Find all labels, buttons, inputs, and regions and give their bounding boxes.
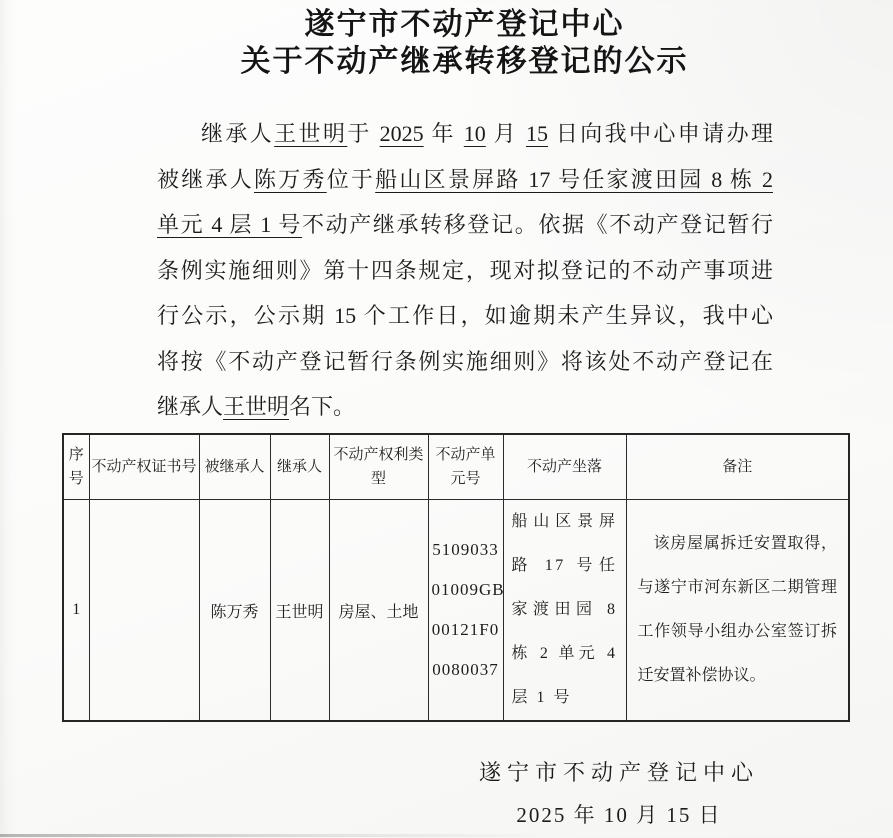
signature-date: 2025 年 10 月 15 日 [468, 799, 770, 831]
text-segment: 名下。 [289, 394, 355, 419]
underlined-heir-name: 王世明 [223, 394, 289, 419]
table-row: 1 陈万秀 王世明 房屋、土地 5109033 01009GB 00121F0 … [63, 500, 849, 722]
signature-org: 遂宁市不动产登记中心 [468, 757, 770, 789]
text-segment: 将按《不动产登记暂行条例实施细则》将该处不动产登记在 [157, 349, 773, 374]
text-segment: 于 [347, 121, 379, 146]
header-heir: 继承人 [270, 434, 329, 500]
underlined-year: 2025 [380, 121, 424, 146]
cell-right-type: 房屋、土地 [329, 500, 428, 722]
register-table: 序号 不动产权证书号 被继承人 继承人 不动产权利类型 不动产单元号 不动产坐落… [62, 433, 850, 722]
header-cert-no: 不动产权证书号 [89, 434, 199, 500]
body-line-2: 被继承人陈万秀位于船山区景屏路 17 号任家渡田园 8 栋 2 [157, 157, 773, 203]
cell-heir: 王世明 [270, 500, 329, 722]
text-segment: 不动产继承转移登记。依据《不动产登记暂行 [302, 212, 773, 237]
underlined-address: 单元 4 层 1 号 [157, 212, 302, 237]
document-title: 遂宁市不动产登记中心 关于不动产继承转移登记的公示 [22, 6, 893, 80]
header-right-type: 不动产权利类型 [329, 434, 428, 500]
text-segment: 年 [424, 121, 464, 146]
body-line-6: 将按《不动产登记暂行条例实施细则》将该处不动产登记在 [157, 339, 773, 385]
scan-edge-artifact [0, 834, 554, 837]
cell-cert-no [89, 500, 199, 722]
text-segment: 行公示，公示期 15 个工作日，如逾期未产生异议，我中心 [157, 303, 773, 328]
cell-unit-no: 5109033 01009GB 00121F0 0080037 [428, 500, 503, 722]
text-segment: 继承人 [157, 394, 223, 419]
text-segment: 条例实施细则》第十四条规定，现对拟登记的不动产事项进 [157, 258, 773, 283]
underlined-month: 10 [464, 121, 486, 146]
text-segment: 月 [486, 121, 526, 146]
body-line-4: 条例实施细则》第十四条规定，现对拟登记的不动产事项进 [157, 248, 773, 294]
unit-no-line: 0080037 [432, 650, 500, 690]
text-segment: 继承人 [201, 121, 274, 146]
cell-seq: 1 [63, 500, 89, 722]
text-segment: 日向我中心申请办理 [548, 121, 773, 146]
header-remarks: 备注 [626, 434, 849, 500]
header-unit-no: 不动产单元号 [428, 434, 503, 500]
title-line-2: 关于不动产继承转移登记的公示 [22, 43, 893, 80]
underlined-day: 15 [526, 121, 548, 146]
unit-no-line: 01009GB [432, 570, 500, 610]
unit-no-line: 5109033 [432, 530, 500, 570]
signature-block: 遂宁市不动产登记中心 2025 年 10 月 15 日 [468, 757, 770, 831]
body-line-1: 继承人王世明于 2025 年 10 月 15 日向我中心申请办理 [157, 111, 773, 157]
underlined-heir-name: 王世明 [274, 121, 347, 146]
title-line-1: 遂宁市不动产登记中心 [22, 6, 893, 43]
underlined-address: 船山区景屏路 17 号任家渡田园 8 栋 2 [375, 167, 773, 192]
body-line-7: 继承人王世明名下。 [157, 384, 773, 430]
body-line-3: 单元 4 层 1 号不动产继承转移登记。依据《不动产登记暂行 [157, 202, 773, 248]
header-decedent: 被继承人 [199, 434, 270, 500]
cell-remarks: 该房屋属拆迁安置取得，与遂宁市河东新区二期管理工作领导小组办公室签订拆迁安置补偿… [626, 500, 849, 722]
unit-no-line: 00121F0 [432, 610, 500, 650]
underlined-decedent-name: 陈万秀 [254, 167, 327, 192]
notice-document: 遂宁市不动产登记中心 关于不动产继承转移登记的公示 继承人王世明于 2025 年… [0, 0, 893, 838]
notice-body: 继承人王世明于 2025 年 10 月 15 日向我中心申请办理 被继承人陈万秀… [157, 111, 773, 430]
header-location: 不动产坐落 [503, 434, 626, 500]
body-line-5: 行公示，公示期 15 个工作日，如逾期未产生异议，我中心 [157, 293, 773, 339]
header-seq: 序号 [63, 434, 89, 500]
text-segment: 被继承人 [157, 167, 254, 192]
table-header-row: 序号 不动产权证书号 被继承人 继承人 不动产权利类型 不动产单元号 不动产坐落… [63, 434, 849, 500]
cell-location: 船山区景屏路 17 号任家渡田园 8 栋 2 单元 4 层 1 号 [503, 500, 626, 722]
cell-decedent: 陈万秀 [199, 500, 270, 722]
text-segment: 位于 [327, 167, 375, 192]
